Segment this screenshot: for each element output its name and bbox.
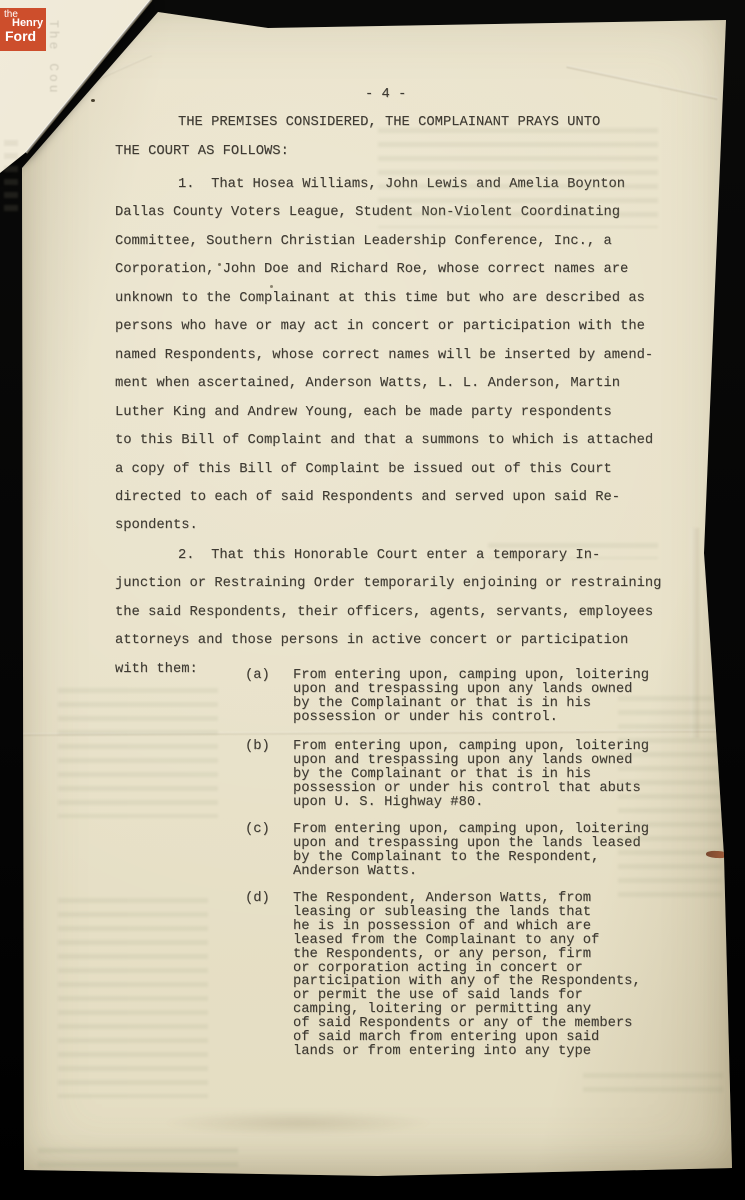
typewritten-line: attorneys and those persons in active co…: [115, 627, 661, 655]
ink-speck: [270, 285, 273, 288]
typewritten-line: The Respondent, Anderson Watts, from: [293, 892, 641, 906]
typewritten-line: possession or under his control.: [293, 711, 649, 725]
typewritten-line: lands or from entering into any type: [293, 1045, 641, 1059]
typewritten-line: to this Bill of Complaint and that a sum…: [115, 427, 653, 455]
typewritten-line: 2. That this Honorable Court enter a tem…: [115, 542, 661, 570]
typewritten-line: named Respondents, whose correct names w…: [115, 342, 653, 370]
crease-line: [690, 528, 699, 738]
typewritten-line: possession or under his control that abu…: [293, 782, 649, 796]
crease-line: [566, 65, 717, 100]
typewritten-line: unknown to the Complainant at this time …: [115, 285, 653, 313]
typewritten-line: From entering upon, camping upon, loiter…: [293, 823, 649, 837]
typewritten-line: spondents.: [115, 512, 653, 540]
typewritten-line: directed to each of said Respondents and…: [115, 484, 653, 512]
typewritten-line: Corporation, John Doe and Richard Roe, w…: [115, 256, 653, 284]
bleedthrough-smudge: [38, 1148, 238, 1170]
typewritten-line: by the Complainant or that is in his: [293, 697, 649, 711]
ghost-bleed-text: The Cou: [46, 20, 61, 96]
typewritten-line: Committee, Southern Christian Leadership…: [115, 228, 653, 256]
page-number: - 4 -: [365, 87, 406, 102]
typewritten-line: of said march from entering upon said: [293, 1031, 641, 1045]
subitem-a: (a) From entering upon, camping upon, lo…: [293, 669, 649, 725]
typewritten-line: leasing or subleasing the lands that: [293, 906, 641, 920]
subitem-d: (d) The Respondent, Anderson Watts, from…: [293, 892, 641, 1059]
crumple-shadow: [138, 1103, 458, 1143]
typewritten-line: by the Complainant or that is in his: [293, 768, 649, 782]
bleedthrough-smudge: [58, 688, 218, 818]
paragraph-2: 2. That this Honorable Court enter a tem…: [115, 542, 661, 684]
heading-line: THE PREMISES CONSIDERED, THE COMPLAINANT…: [178, 115, 600, 130]
subitem-label: (d): [245, 892, 270, 906]
typewritten-line: by the Complainant to the Respondent,: [293, 851, 649, 865]
ghost-bleed-marks: [4, 140, 18, 215]
logo-text-ford: Ford: [5, 29, 36, 43]
subitem-c: (c) From entering upon, camping upon, lo…: [293, 823, 649, 879]
bleedthrough-smudge: [583, 1073, 723, 1093]
typewritten-line: upon and trespassing upon the lands leas…: [293, 837, 649, 851]
typewritten-line: From entering upon, camping upon, loiter…: [293, 740, 649, 754]
bleedthrough-smudge: [58, 898, 208, 1098]
subitem-label: (c): [245, 823, 270, 837]
subitem-label: (b): [245, 740, 270, 754]
typewritten-line: upon and trespassing upon any lands owne…: [293, 683, 649, 697]
typewritten-line: ment when ascertained, Anderson Watts, L…: [115, 370, 653, 398]
typewritten-line: upon and trespassing upon any lands owne…: [293, 754, 649, 768]
typewritten-line: Anderson Watts.: [293, 865, 649, 879]
typewritten-line: leased from the Complainant to any of: [293, 934, 641, 948]
henry-ford-logo: the Henry Ford: [0, 8, 46, 51]
typewritten-line: persons who have or may act in concert o…: [115, 313, 653, 341]
typewritten-line: a copy of this Bill of Complaint be issu…: [115, 456, 653, 484]
subitem-b: (b) From entering upon, camping upon, lo…: [293, 740, 649, 810]
typewritten-line: upon U. S. Highway #80.: [293, 796, 649, 810]
typewritten-line: of said Respondents or any of the member…: [293, 1017, 641, 1031]
typewritten-line: junction or Restraining Order temporaril…: [115, 570, 661, 598]
ink-speck: [218, 263, 221, 266]
scan-background: - 4 - THE PREMISES CONSIDERED, THE COMPL…: [0, 0, 745, 1200]
typewritten-line: the said Respondents, their officers, ag…: [115, 599, 661, 627]
typewritten-line: Luther King and Andrew Young, each be ma…: [115, 399, 653, 427]
subitem-label: (a): [245, 669, 270, 683]
edge-tear-stain: [706, 850, 728, 858]
typewritten-line: he is in possession of and which are: [293, 920, 641, 934]
crease-line: [18, 729, 732, 736]
typewritten-line: From entering upon, camping upon, loiter…: [293, 669, 649, 683]
typewritten-line: the Respondents, or any person, firm: [293, 948, 641, 962]
